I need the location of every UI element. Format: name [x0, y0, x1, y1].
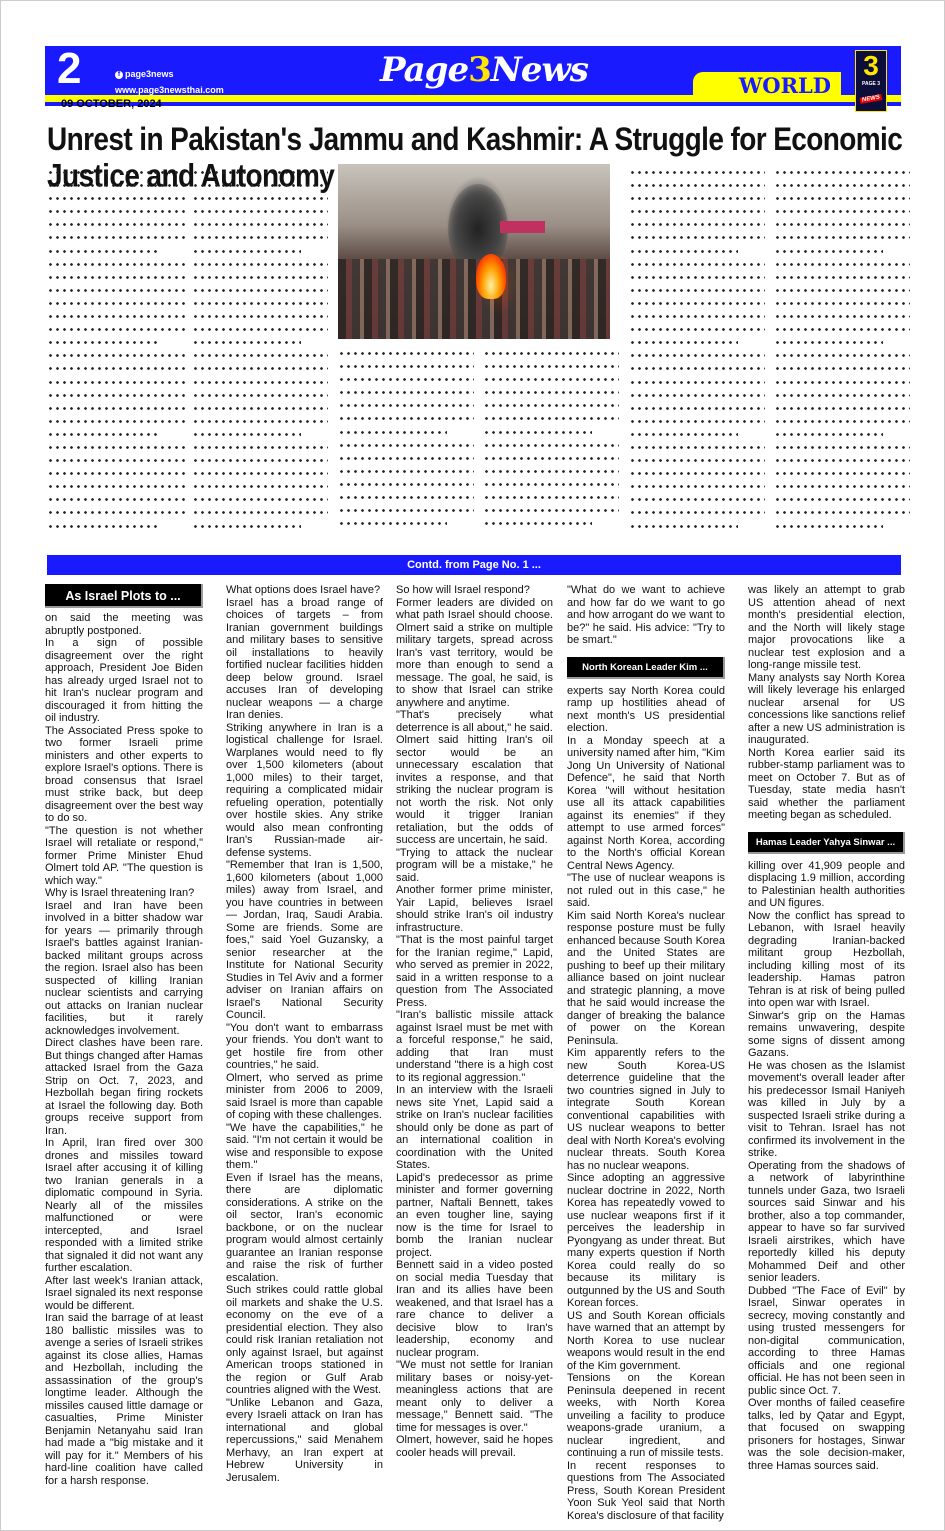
paragraph: Tensions on the Korean Peninsula deepene… [567, 1372, 725, 1460]
placeholder-text-line [338, 351, 474, 356]
placeholder-text-line [629, 393, 765, 398]
placeholder-text-line [47, 380, 187, 385]
paragraph: Former leaders are divided on what path … [396, 597, 553, 710]
placeholder-text-line [774, 275, 910, 280]
placeholder-text-line [338, 403, 474, 408]
placeholder-text-line [629, 497, 765, 502]
logo-prefix: Page [380, 50, 468, 90]
placeholder-text-line [629, 262, 765, 267]
placeholder-text-line [483, 416, 619, 421]
placeholder-text-line [774, 353, 910, 358]
placeholder-text-line [629, 458, 765, 463]
placeholder-text-line [483, 456, 619, 461]
lead-body-column-4 [483, 351, 619, 534]
placeholder-text-line [774, 314, 910, 319]
lead-body-column-6 [774, 170, 910, 537]
paragraph: Israel has a broad range of choices of t… [226, 597, 383, 722]
paragraph: In recent responses to questions from Th… [567, 1460, 725, 1523]
placeholder-text-line [629, 327, 765, 332]
placeholder-text-line [629, 340, 738, 345]
placeholder-text-line [47, 353, 187, 358]
placeholder-text-line [629, 353, 765, 358]
placeholder-text-line [774, 301, 910, 306]
placeholder-text-line [192, 262, 328, 267]
placeholder-text-line [774, 222, 910, 227]
paragraph: on said the meeting was abruptly postpon… [45, 612, 203, 637]
placeholder-text-line [47, 327, 187, 332]
paragraph: What options does Israel have? [226, 584, 383, 597]
placeholder-text-line [47, 510, 187, 515]
paragraph: Dubbed "The Face of Evil" by Israel, Sin… [748, 1285, 905, 1398]
facebook-handle[interactable]: page3news [125, 69, 174, 79]
paragraph: experts say North Korea could ramp up ho… [567, 685, 725, 735]
paragraph: Striking anywhere in Iran is a logistica… [226, 722, 383, 860]
protest-photo [338, 164, 610, 339]
placeholder-text-line [483, 469, 619, 474]
badge-news: NEWS [860, 94, 883, 104]
placeholder-text-line [629, 183, 765, 188]
placeholder-text-line [629, 380, 765, 385]
placeholder-text-line [483, 495, 619, 500]
placeholder-text-line [192, 222, 328, 227]
paragraph: "We must not settle for Iranian military… [396, 1359, 553, 1434]
placeholder-text-line [192, 419, 328, 424]
page3-badge-logo: 3 PAGE 3 NEWS [855, 50, 887, 112]
placeholder-text-line [192, 170, 328, 175]
placeholder-text-line [629, 170, 765, 175]
placeholder-text-line [47, 222, 187, 227]
placeholder-text-line [774, 497, 910, 502]
placeholder-text-line [774, 235, 910, 240]
placeholder-text-line [47, 393, 187, 398]
placeholder-text-line [774, 393, 910, 398]
placeholder-text-line [47, 340, 159, 345]
placeholder-text-line [47, 262, 187, 267]
paragraph: Many analysts say North Korea will likel… [748, 672, 905, 747]
placeholder-text-line [629, 366, 765, 371]
paragraph: Sinwar's grip on the Hamas remains unwav… [748, 1010, 905, 1060]
placeholder-text-line [47, 497, 187, 502]
paragraph: "That is the most painful target for the… [396, 934, 553, 1009]
paragraph: "The use of nuclear weapons is not ruled… [567, 872, 725, 910]
social-links: fpage3news www.page3newsthai.com [115, 66, 224, 98]
paragraph: Kim apparently refers to the new South K… [567, 1047, 725, 1172]
placeholder-text-line [629, 406, 765, 411]
lead-body-column-2 [192, 170, 328, 537]
placeholder-text-line [629, 524, 738, 529]
logo-number: 3 [468, 50, 491, 90]
badge-text: PAGE 3 [856, 81, 886, 87]
placeholder-text-line [338, 521, 447, 526]
photo-shop-banner [500, 221, 545, 233]
placeholder-text-line [192, 183, 328, 188]
placeholder-text-line [483, 377, 619, 382]
placeholder-text-line [629, 314, 765, 319]
placeholder-text-line [47, 275, 187, 280]
section-label: WORLD [739, 73, 831, 98]
placeholder-text-line [47, 235, 187, 240]
placeholder-text-line [47, 249, 159, 254]
paragraph: "Trying to attack the nuclear program wi… [396, 847, 553, 885]
placeholder-text-line [774, 524, 883, 529]
continued-bar: Contd. from Page No. 1 ... [47, 555, 901, 575]
paragraph: Direct clashes have been rare. But thing… [45, 1037, 203, 1137]
placeholder-text-line [338, 377, 474, 382]
placeholder-text-line [338, 495, 474, 500]
issue-date: 09 OCTOBER, 2024 [61, 98, 162, 110]
facebook-icon: f [115, 71, 123, 79]
photo-fire [476, 254, 506, 299]
placeholder-text-line [192, 196, 328, 201]
masthead: 2 fpage3news www.page3newsthai.com 09 OC… [45, 46, 901, 106]
placeholder-text-line [774, 196, 910, 201]
placeholder-text-line [774, 484, 910, 489]
placeholder-text-line [774, 380, 910, 385]
paragraph: Kim said North Korea's nuclear response … [567, 910, 725, 1048]
paragraph: US and South Korean officials have warne… [567, 1310, 725, 1373]
paragraph: Lapid's predecessor as prime minister an… [396, 1172, 553, 1260]
placeholder-text-line [192, 406, 328, 411]
placeholder-text-line [338, 443, 474, 448]
placeholder-text-line [338, 456, 474, 461]
placeholder-text-line [629, 301, 765, 306]
placeholder-text-line [774, 510, 910, 515]
column-1: As Israel Plots to ... on said the meeti… [45, 584, 203, 1487]
placeholder-text-line [192, 327, 328, 332]
placeholder-text-line [47, 484, 187, 489]
placeholder-text-line [483, 443, 619, 448]
placeholder-text-line [192, 497, 328, 502]
placeholder-text-line [338, 508, 474, 513]
section-heading-hamas: Hamas Leader Yahya Sinwar ... [748, 832, 905, 854]
placeholder-text-line [774, 406, 910, 411]
placeholder-text-line [629, 445, 765, 450]
page-number: 2 [57, 44, 81, 94]
paragraph: Olmert said hitting Iran's oil sector wo… [396, 734, 553, 847]
placeholder-text-line [47, 288, 187, 293]
placeholder-text-line [338, 469, 474, 474]
paragraph: So how will Israel respond? [396, 584, 553, 597]
placeholder-text-line [192, 393, 328, 398]
column-5: was likely an attempt to grab US attenti… [748, 584, 905, 1472]
placeholder-text-line [338, 416, 474, 421]
paragraph: Olmert, who served as prime minister fro… [226, 1072, 383, 1122]
placeholder-text-line [192, 445, 328, 450]
placeholder-text-line [192, 366, 328, 371]
placeholder-text-line [338, 482, 474, 487]
placeholder-text-line [47, 209, 187, 214]
paragraph: Since adopting an aggressive nuclear doc… [567, 1172, 725, 1310]
placeholder-text-line [192, 484, 328, 489]
placeholder-text-line [774, 445, 910, 450]
placeholder-text-line [192, 524, 301, 529]
column-3: So how will Israel respond? Former leade… [396, 584, 553, 1459]
newspaper-page: 2 fpage3news www.page3newsthai.com 09 OC… [0, 0, 945, 1531]
paragraph: was likely an attempt to grab US attenti… [748, 584, 905, 672]
placeholder-text-line [629, 235, 765, 240]
lead-body-column-3 [338, 351, 474, 534]
website-link[interactable]: www.page3newsthai.com [115, 82, 224, 98]
placeholder-text-line [774, 249, 883, 254]
paragraph: Israel and Iran have been involved in a … [45, 900, 203, 1038]
placeholder-text-line [629, 196, 765, 201]
lead-body-column-5 [629, 170, 765, 537]
placeholder-text-line [338, 390, 474, 395]
placeholder-text-line [774, 209, 910, 214]
placeholder-text-line [192, 314, 328, 319]
placeholder-text-line [338, 430, 447, 435]
placeholder-text-line [192, 235, 328, 240]
placeholder-text-line [774, 471, 910, 476]
paragraph: Now the conflict has spread to Lebanon, … [748, 910, 905, 1010]
placeholder-text-line [629, 209, 765, 214]
logo-suffix: News [491, 50, 588, 90]
placeholder-text-line [629, 510, 765, 515]
placeholder-text-line [192, 380, 328, 385]
placeholder-text-line [192, 458, 328, 463]
paragraph: Bennett said in a video posted on social… [396, 1259, 553, 1359]
placeholder-text-line [629, 432, 738, 437]
placeholder-text-line [629, 288, 765, 293]
paragraph: "You don't want to embarrass your friend… [226, 1022, 383, 1072]
paragraph: Another former prime minister, Yair Lapi… [396, 884, 553, 934]
placeholder-text-line [774, 262, 910, 267]
paragraph: North Korea earlier said its rubber-stam… [748, 747, 905, 822]
placeholder-text-line [192, 432, 301, 437]
placeholder-text-line [774, 183, 910, 188]
paragraph: Iran said the barrage of at least 180 ba… [45, 1312, 203, 1487]
placeholder-text-line [192, 249, 301, 254]
placeholder-text-line [483, 351, 619, 356]
paragraph: The Associated Press spoke to two former… [45, 725, 203, 825]
placeholder-text-line [47, 524, 159, 529]
section-heading-north-korea: North Korean Leader Kim ... [567, 657, 725, 679]
placeholder-text-line [47, 183, 187, 188]
placeholder-text-line [774, 458, 910, 463]
placeholder-text-line [774, 170, 910, 175]
placeholder-text-line [192, 471, 328, 476]
placeholder-text-line [629, 484, 765, 489]
placeholder-text-line [47, 458, 187, 463]
photo-crowd [338, 259, 610, 339]
placeholder-text-line [629, 222, 765, 227]
paragraph: Why is Israel threatening Iran? [45, 887, 203, 900]
placeholder-text-line [774, 419, 910, 424]
paragraph: "Unlike Lebanon and Gaza, every Israeli … [226, 1397, 383, 1485]
placeholder-text-line [483, 482, 619, 487]
placeholder-text-line [483, 390, 619, 395]
placeholder-text-line [774, 288, 910, 293]
placeholder-text-line [483, 364, 619, 369]
placeholder-text-line [774, 327, 910, 332]
placeholder-text-line [192, 510, 328, 515]
paragraph: "That's precisely what deterrence is all… [396, 709, 553, 734]
paragraph: He was chosen as the Islamist movement's… [748, 1060, 905, 1160]
placeholder-text-line [47, 170, 187, 175]
paragraph: Over months of failed ceasefire talks, l… [748, 1397, 905, 1472]
paragraph: After last week's Iranian attack, Israel… [45, 1275, 203, 1313]
paragraph: Even if Israel has the means, there are … [226, 1172, 383, 1285]
paragraph: In a sign of possible disagreement over … [45, 637, 203, 725]
paragraph: "We have the capabilities," he said. "I'… [226, 1122, 383, 1172]
paragraph: killing over 41,909 people and displacin… [748, 860, 905, 910]
placeholder-text-line [338, 364, 474, 369]
placeholder-text-line [629, 249, 738, 254]
lead-body-column-1 [47, 170, 187, 537]
placeholder-text-line [192, 288, 328, 293]
paragraph: "Iran's ballistic missile attack against… [396, 1009, 553, 1084]
paragraph: "Remember that Iran is 1,500, 1,600 kilo… [226, 859, 383, 1022]
paragraph: In April, Iran fired over 300 drones and… [45, 1137, 203, 1275]
placeholder-text-line [47, 314, 187, 319]
placeholder-text-line [47, 196, 187, 201]
paragraph: In an interview with the Israeli news si… [396, 1084, 553, 1172]
newspaper-logo: Page3News [380, 50, 588, 90]
column-2: What options does Israel have? Israel ha… [226, 584, 383, 1484]
placeholder-text-line [47, 406, 187, 411]
paragraph: In a Monday speech at a university named… [567, 735, 725, 873]
placeholder-text-line [629, 419, 765, 424]
placeholder-text-line [47, 419, 187, 424]
placeholder-text-line [629, 275, 765, 280]
placeholder-text-line [47, 445, 187, 450]
placeholder-text-line [47, 471, 187, 476]
placeholder-text-line [483, 403, 619, 408]
paragraph: Olmert, however, said he hopes cooler he… [396, 1434, 553, 1459]
placeholder-text-line [774, 366, 910, 371]
section-heading-israel: As Israel Plots to ... [45, 584, 203, 608]
placeholder-text-line [47, 301, 187, 306]
placeholder-text-line [192, 340, 301, 345]
placeholder-text-line [192, 353, 328, 358]
placeholder-text-line [192, 209, 328, 214]
placeholder-text-line [774, 432, 883, 437]
paragraph: "The question is not whether Israel will… [45, 825, 203, 888]
placeholder-text-line [774, 340, 883, 345]
placeholder-text-line [629, 471, 765, 476]
badge-number: 3 [856, 51, 886, 81]
paragraph: Operating from the shadows of a network … [748, 1160, 905, 1285]
placeholder-text-line [47, 432, 159, 437]
placeholder-text-line [47, 366, 187, 371]
placeholder-text-line [192, 301, 328, 306]
placeholder-text-line [483, 508, 619, 513]
placeholder-text-line [483, 430, 592, 435]
column-4: "What do we want to achieve and how far … [567, 584, 725, 1522]
placeholder-text-line [192, 275, 328, 280]
placeholder-text-line [483, 521, 592, 526]
paragraph: "What do we want to achieve and how far … [567, 584, 725, 647]
paragraph: Such strikes could rattle global oil mar… [226, 1284, 383, 1397]
